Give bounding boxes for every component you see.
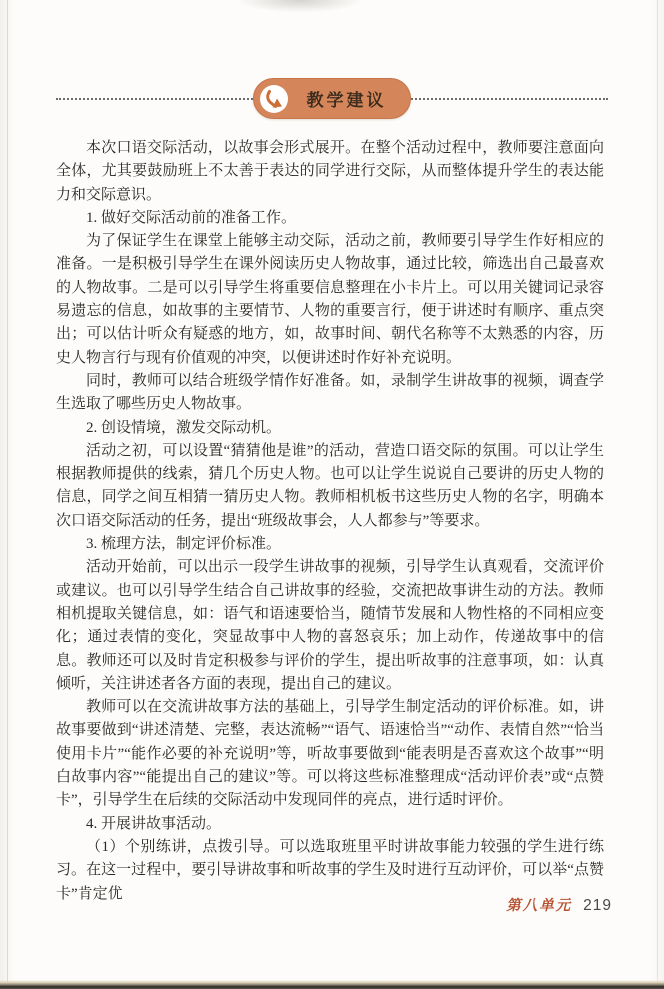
paragraph: 本次口语交际活动，以故事会形式展开。在整个活动过程中，教师要注意面向全体，尤其要… <box>56 137 604 207</box>
page-bottom-edge <box>0 980 664 989</box>
page-right-edge <box>657 0 658 989</box>
numbered-heading: 2. 创设情境，激发交际动机。 <box>56 417 604 440</box>
down-right-arrow-icon <box>259 84 289 114</box>
page-left-edge <box>7 0 8 989</box>
paragraph: 为了保证学生在课堂上能够主动交际，活动之前，教师要引导学生作好相应的准备。一是积… <box>56 230 604 370</box>
paragraph: 教师可以在交流讲故事方法的基础上，引导学生制定活动的评价标准。如，讲故事要做到“… <box>56 696 604 812</box>
numbered-heading: 4. 开展讲故事活动。 <box>56 813 604 836</box>
paragraph: 活动之初，可以设置“猜猜他是谁”的活动，营造口语交际的氛围。可以让学生根据教师提… <box>56 440 604 533</box>
numbered-heading: 3. 梳理方法，制定评价标准。 <box>56 533 604 556</box>
section-badge-label: 教学建议 <box>289 86 410 111</box>
paragraph: 活动开始前，可以出示一段学生讲故事的视频，引导学生认真观看，交流评价或建议。也可… <box>56 556 604 696</box>
page-number: 219 <box>583 897 612 915</box>
section-header: 教学建议 <box>0 78 664 124</box>
textbook-page: 教学建议 本次口语交际活动，以故事会形式展开。在整个活动过程中，教师要注意面向全… <box>0 0 664 989</box>
body-text: 本次口语交际活动，以故事会形式展开。在整个活动过程中，教师要注意面向全体，尤其要… <box>56 137 604 906</box>
unit-label: 第八单元 <box>506 894 572 915</box>
numbered-heading: 1. 做好交际活动前的准备工作。 <box>56 207 604 230</box>
section-badge: 教学建议 <box>253 78 411 119</box>
page-footer: 第八单元 219 <box>506 894 612 915</box>
paragraph: 同时，教师可以结合班级学情作好准备。如，录制学生讲故事的视频，调查学生选取了哪些… <box>56 370 604 417</box>
